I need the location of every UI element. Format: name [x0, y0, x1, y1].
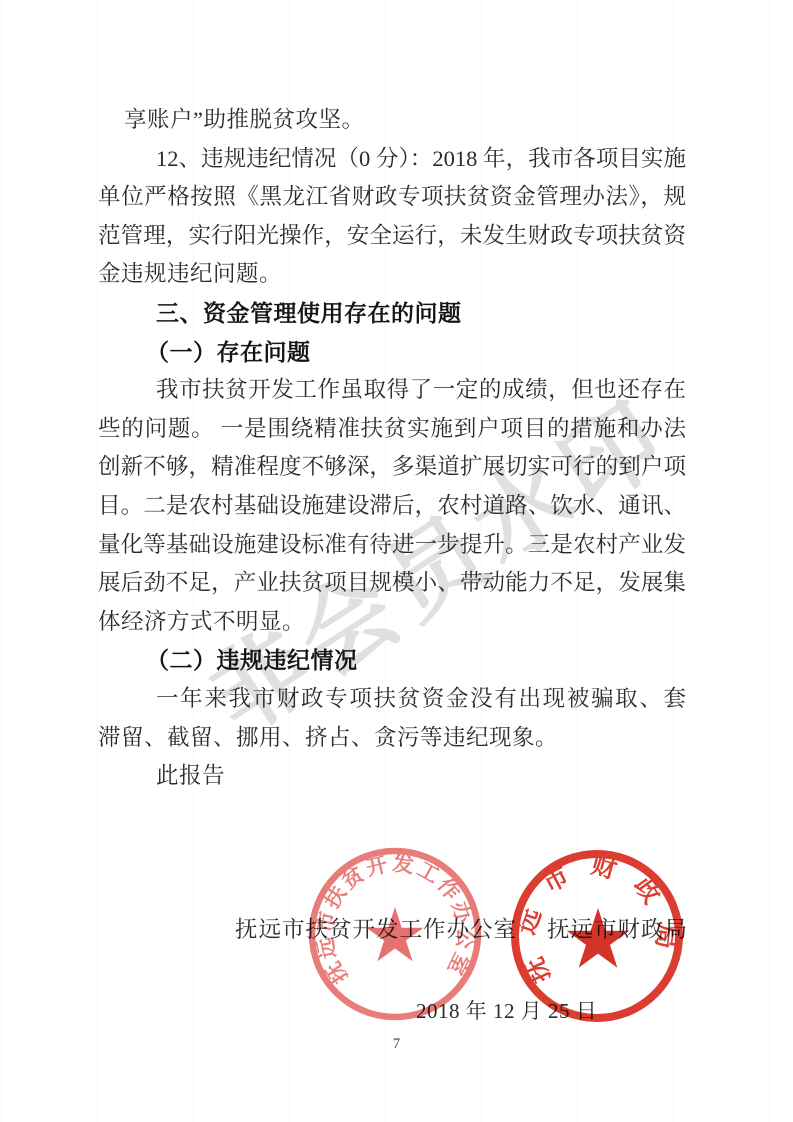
text-line: 享账户”助推脱贫攻坚。 — [98, 101, 686, 140]
text-line: 我市扶贫开发工作虽取得了一定的成绩，但也还存在一 — [98, 371, 686, 410]
text-line: 体经济方式不明显。 — [98, 603, 686, 642]
text-line: 范管理，实行阳光操作，安全运行，未发生财政专项扶贫资 — [98, 217, 686, 256]
text-line: 目。二是农村基础设施建设滞后，农村道路、饮水、通讯、 — [98, 487, 686, 526]
document-date: 2018 年 12 月 25 日 — [416, 995, 597, 1025]
signature-row: 抚远市扶贫开发工作办公室 抚远市财政局 — [235, 912, 688, 944]
text-line: 滞留、截留、挪用、挤占、贪污等违纪现象。 — [98, 719, 686, 758]
text-line: 金违规违纪问题。 — [98, 255, 686, 294]
text-line: 三、资金管理使用存在的问题 — [98, 294, 686, 333]
document-body: 享账户”助推脱贫攻坚。12、违规违纪情况（0 分）：2018 年，我市各项目实施… — [98, 101, 686, 796]
text-line: 展后劲不足，产业扶贫项目规模小、带动能力不足，发展集 — [98, 564, 686, 603]
page-number: 7 — [0, 1036, 793, 1053]
text-line: （一）存在问题 — [98, 333, 686, 372]
text-line: 创新不够，精准程度不够深，多渠道扩展切实可行的到户项 — [98, 448, 686, 487]
text-line: 一年来我市财政专项扶贫资金没有出现被骗取、套取、 — [98, 680, 686, 719]
document-page: 非会员水印 享账户”助推脱贫攻坚。12、违规违纪情况（0 分）：2018 年，我… — [0, 0, 793, 1122]
text-line: 此报告 — [98, 757, 686, 796]
text-line: （二）违规违纪情况 — [98, 641, 686, 680]
text-line: 12、违规违纪情况（0 分）：2018 年，我市各项目实施 — [98, 140, 686, 179]
signature-org-finance-bureau: 抚远市财政局 — [547, 912, 688, 944]
signature-org-poverty-office: 抚远市扶贫开发工作办公室 — [235, 912, 517, 944]
text-line: 量化等基础设施建设标准有待进一步提升。三是农村产业发 — [98, 526, 686, 565]
text-line: 单位严格按照《黑龙江省财政专项扶贫资金管理办法》，规 — [98, 178, 686, 217]
text-line: 些的问题。 一是围绕精准扶贫实施到户项目的措施和办法 — [98, 410, 686, 449]
